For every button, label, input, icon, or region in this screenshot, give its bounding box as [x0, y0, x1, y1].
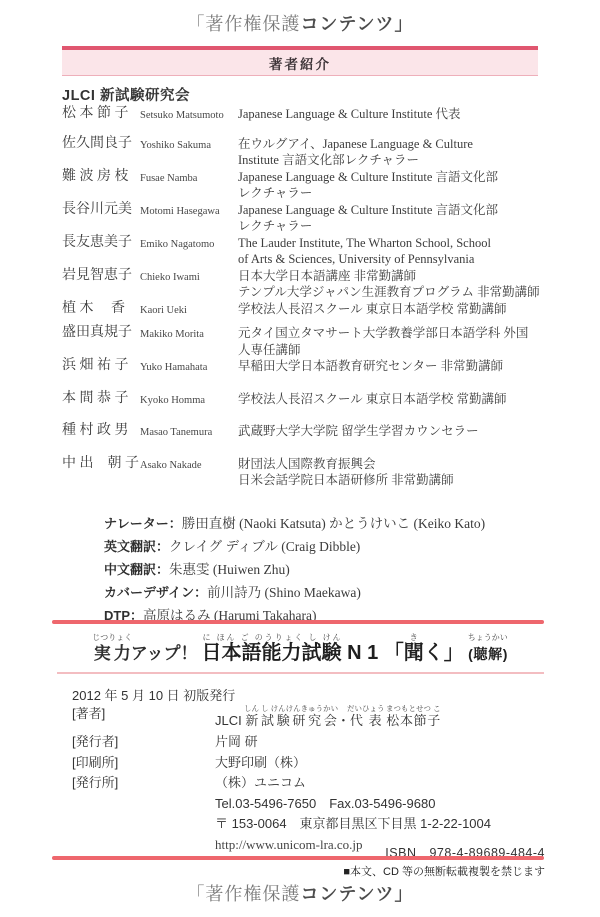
- publication-row-author: [著者] JLCI 新試験研究会しん し けんけんきゅうかい・代表だいひょう 松…: [72, 704, 544, 732]
- author-row: 浜 畑 祐 子 Yuko Hamahata 早稲田大学日本語教育研究センター 非…: [62, 358, 544, 377]
- author-romaji: Emiko Nagatomo: [140, 235, 238, 268]
- production-credits: ナレーター：勝田直樹 (Naoki Katsuta) かとうけいこ (Keiko…: [104, 512, 485, 627]
- copyright-banner-text-right: コンテンツ」: [300, 884, 413, 904]
- authors-section-title: 著者紹介: [269, 53, 331, 73]
- publication-label: [72, 835, 215, 856]
- credit-label: 中文翻訳：: [104, 562, 169, 577]
- author-row: 佐久間良子 Yoshiko Sakuma 在ウルグアイ、Japanese Lan…: [62, 136, 544, 169]
- author-name: 本 間 恭 子: [62, 391, 140, 410]
- publication-row-phone: Tel.03-5496-7650 Fax.03-5496-9680: [72, 794, 544, 815]
- publication-row-publishing-house: [発行所] （株）ユニコム: [72, 773, 544, 794]
- book-title-subtitle: (聴解)ちょうかい: [468, 646, 508, 662]
- author-romaji: Fusae Namba: [140, 169, 238, 202]
- copyright-banner-top: 「著作権保護コンテンツ」: [0, 10, 600, 36]
- publication-value: 〒 153-0064 東京都目黒区下目黒 1-2-22-1004: [215, 814, 544, 835]
- publication-row-printer: [印刷所] 大野印刷（株）: [72, 753, 544, 774]
- publication-date: 2012 年 5 月 10 日 初版発行: [72, 685, 235, 704]
- author-affiliation: 日本大学日本語講座 非常勤講師 テンプル大学ジャパン生涯教育プログラム 非常勤講…: [238, 268, 544, 301]
- author-name: 浜 畑 祐 子: [62, 358, 140, 377]
- author-group-title: JLCI 新試験研究会: [62, 84, 190, 105]
- author-romaji: Kyoko Homma: [140, 391, 238, 410]
- book-title-main: 日本語能力試験に ほん ご のうりょく し けん N 1 「聞きく」: [202, 642, 464, 664]
- book-title-prefix: 実力じつりょくアップ！: [92, 644, 197, 663]
- author-row: 盛田真規子 Makiko Morita 元タイ国立タマサート大学教養学部日本語学…: [62, 325, 544, 358]
- author-romaji: Setsuko Matsumoto: [140, 106, 238, 125]
- publication-label: [発行所]: [72, 773, 215, 794]
- publication-row-address: 〒 153-0064 東京都目黒区下目黒 1-2-22-1004: [72, 814, 544, 835]
- author-affiliation: Japanese Language & Culture Institute 言語…: [238, 169, 544, 202]
- credit-cover-design: カバーデザイン：前川詩乃 (Shino Maekawa): [104, 581, 485, 604]
- author-name: 佐久間良子: [62, 136, 140, 169]
- author-affiliation: 在ウルグアイ、Japanese Language & Culture Insti…: [238, 136, 544, 169]
- divider-rule-under-title: [57, 672, 544, 674]
- divider-rule-bottom: [52, 856, 544, 860]
- author-affiliation: The Lauder Institute, The Wharton School…: [238, 235, 544, 268]
- credit-value: 朱惠雯 (Huiwen Zhu): [169, 562, 290, 577]
- credit-english-translation: 英文翻訳：クレイグ ディブル (Craig Dibble): [104, 535, 485, 558]
- credit-label: カバーデザイン：: [104, 585, 207, 600]
- copyright-banner-text-right: コンテンツ」: [300, 14, 413, 34]
- author-row: 本 間 恭 子 Kyoko Homma 学校法人長沼スクール 東京日本語学校 常…: [62, 391, 544, 410]
- author-romaji: Motomi Hasegawa: [140, 202, 238, 235]
- author-affiliation: Japanese Language & Culture Institute 言語…: [238, 202, 544, 235]
- credit-label: 英文翻訳：: [104, 539, 169, 554]
- author-name: 長谷川元美: [62, 202, 140, 235]
- author-affiliation: Japanese Language & Culture Institute 代表: [238, 106, 544, 125]
- publication-value: Tel.03-5496-7650 Fax.03-5496-9680: [215, 794, 544, 815]
- publication-row-publisher-person: [発行者] 片岡 研: [72, 732, 544, 753]
- author-row: 種 村 政 男 Masao Tanemura 武蔵野大学大学院 留学生学習カウン…: [62, 423, 544, 442]
- copyright-banner-bottom: 「著作権保護コンテンツ」: [0, 880, 600, 906]
- author-name: 難 波 房 枝: [62, 169, 140, 202]
- publication-value: JLCI 新試験研究会しん し けんけんきゅうかい・代表だいひょう 松本節子まつ…: [215, 704, 544, 732]
- author-romaji: Yoshiko Sakuma: [140, 136, 238, 169]
- reproduction-notice: ■本文、CD 等の無断転載複製を禁じます: [343, 863, 545, 879]
- publication-value: 片岡 研: [215, 732, 544, 753]
- author-affiliation: 財団法人国際教育振興会 日米会話学院日本語研修所 非常勤講師: [238, 456, 544, 489]
- author-name: 盛田真規子: [62, 325, 140, 358]
- author-romaji: Kaori Ueki: [140, 301, 238, 320]
- publication-label: [発行者]: [72, 732, 215, 753]
- author-affiliation: 武蔵野大学大学院 留学生学習カウンセラー: [238, 423, 544, 442]
- publication-info: [著者] JLCI 新試験研究会しん し けんけんきゅうかい・代表だいひょう 松…: [72, 704, 544, 855]
- author-affiliation: 元タイ国立タマサート大学教養学部日本語学科 外国 人専任講師: [238, 325, 544, 358]
- divider-rule-top: [52, 620, 544, 624]
- author-row: 植 木 香 Kaori Ueki 学校法人長沼スクール 東京日本語学校 常勤講師: [62, 301, 544, 320]
- author-name: 中 出 朝 子: [62, 456, 140, 489]
- author-name: 岩見智恵子: [62, 268, 140, 301]
- author-romaji: Masao Tanemura: [140, 423, 238, 442]
- author-affiliation: 早稲田大学日本語教育研究センター 非常勤講師: [238, 358, 544, 377]
- author-name: 植 木 香: [62, 301, 140, 320]
- publication-label: [著者]: [72, 704, 215, 732]
- credit-value: 前川詩乃 (Shino Maekawa): [207, 585, 361, 600]
- publication-label: [印刷所]: [72, 753, 215, 774]
- credit-value: 勝田直樹 (Naoki Katsuta) かとうけいこ (Keiko Kato): [182, 516, 485, 531]
- publication-label: [72, 814, 215, 835]
- publication-value: （株）ユニコム: [215, 773, 544, 794]
- author-affiliation: 学校法人長沼スクール 東京日本語学校 常勤講師: [238, 391, 544, 410]
- author-romaji: Yuko Hamahata: [140, 358, 238, 377]
- author-name: 松 本 節 子: [62, 106, 140, 125]
- author-romaji: Chieko Iwami: [140, 268, 238, 301]
- author-romaji: Asako Nakade: [140, 456, 238, 489]
- author-row: 長友恵美子 Emiko Nagatomo The Lauder Institut…: [62, 235, 544, 268]
- publication-label: [72, 794, 215, 815]
- copyright-banner-text-left: 「著作権保護: [186, 14, 300, 34]
- authors-list: 松 本 節 子 Setsuko Matsumoto Japanese Langu…: [62, 106, 544, 489]
- authors-section-header: 著者紹介: [62, 46, 538, 76]
- author-row: 長谷川元美 Motomi Hasegawa Japanese Language …: [62, 202, 544, 235]
- copyright-banner-text-left: 「著作権保護: [186, 884, 300, 904]
- author-romaji: Makiko Morita: [140, 325, 238, 358]
- author-row: 松 本 節 子 Setsuko Matsumoto Japanese Langu…: [62, 106, 544, 125]
- author-row: 難 波 房 枝 Fusae Namba Japanese Language & …: [62, 169, 544, 202]
- author-row: 中 出 朝 子 Asako Nakade 財団法人国際教育振興会 日米会話学院日…: [62, 456, 544, 489]
- book-title: 実力じつりょくアップ！ 日本語能力試験に ほん ご のうりょく し けん N 1…: [0, 633, 600, 665]
- credit-narrator: ナレーター：勝田直樹 (Naoki Katsuta) かとうけいこ (Keiko…: [104, 512, 485, 535]
- credit-chinese-translation: 中文翻訳：朱惠雯 (Huiwen Zhu): [104, 558, 485, 581]
- author-affiliation: 学校法人長沼スクール 東京日本語学校 常勤講師: [238, 301, 544, 320]
- credit-label: ナレーター：: [104, 516, 182, 531]
- author-name: 長友恵美子: [62, 235, 140, 268]
- author-row: 岩見智恵子 Chieko Iwami 日本大学日本語講座 非常勤講師 テンプル大…: [62, 268, 544, 301]
- author-name: 種 村 政 男: [62, 423, 140, 442]
- credit-value: クレイグ ディブル (Craig Dibble): [169, 539, 360, 554]
- publication-value: 大野印刷（株）: [215, 753, 544, 774]
